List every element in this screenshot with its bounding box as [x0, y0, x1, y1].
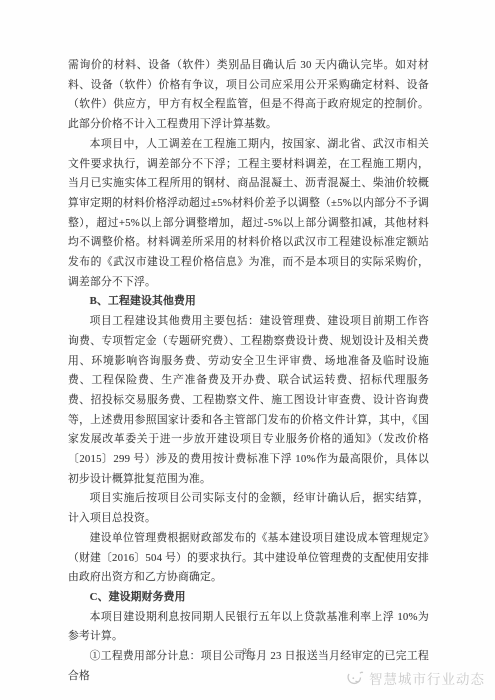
page-number: 25: [0, 646, 495, 656]
paragraph-inquiry-materials: 需询价的材料、设备（软件）类别品目确认后 30 天内确认完毕。如对材料、设备（软…: [68, 56, 429, 135]
watermark: 智慧城市行业动态: [347, 668, 485, 688]
document-body-text: 需询价的材料、设备（软件）类别品目确认后 30 天内确认完毕。如对材料、设备（软…: [68, 56, 429, 687]
section-heading-b-other-construction-costs: B、工程建设其他费用: [68, 292, 429, 312]
paragraph-other-costs-scope: 项目工程建设其他费用主要包括：建设管理费、建设项目前期工作咨询费、专项暂定金（专…: [68, 312, 429, 489]
paragraph-construction-interest-rate: 本项目建设期利息按同期人民银行五年以上贷款基准利率上浮 10%为参考计算。: [68, 608, 429, 647]
section-heading-c-financial-costs: C、建设期财务费用: [68, 588, 429, 608]
paragraph-management-fee-regulation: 建设单位管理费根据财政部发布的《基本建设项目建设成本管理规定》（财建〔2016〕…: [68, 529, 429, 588]
wechat-moon-icon: [347, 670, 365, 686]
document-page: 需询价的材料、设备（软件）类别品目确认后 30 天内确认完毕。如对材料、设备（软…: [0, 0, 495, 700]
paragraph-labor-material-adjustment: 本项目中，人工调差在工程施工期内，按国家、湖北省、武汉市相关文件要求执行，调差部…: [68, 135, 429, 293]
paragraph-actual-payment-settlement: 项目实施后按项目公司实际支付的金额，经审计确认后，据实结算，计入项目总投资。: [68, 489, 429, 528]
watermark-label: 智慧城市行业动态: [369, 668, 485, 688]
